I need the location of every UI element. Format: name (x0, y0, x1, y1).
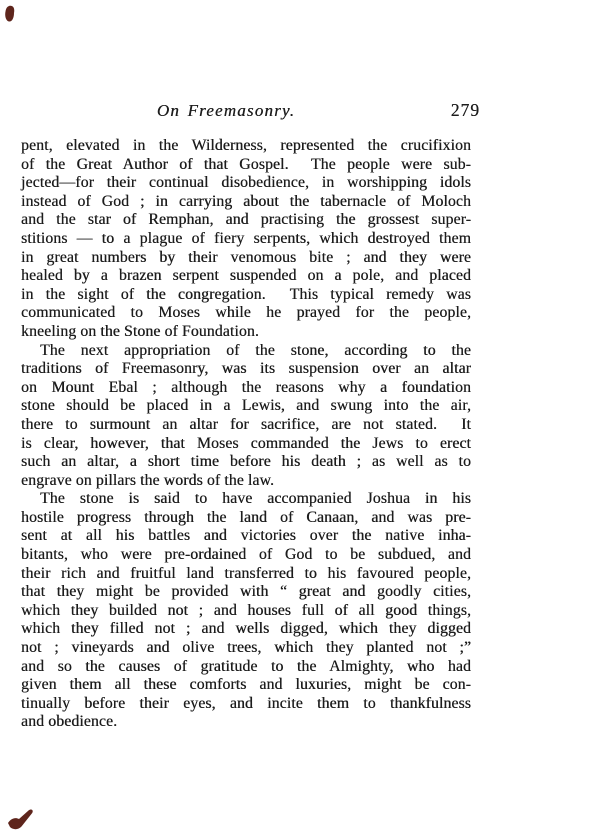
text-line: in great numbers by their venomous bite … (21, 249, 471, 268)
ink-mark-bottom-left-icon (7, 808, 35, 831)
text-line: their rich and fruitful land transferred… (21, 565, 471, 584)
text-line: stitions — to a plague of fiery serpents… (21, 230, 471, 249)
text-line: is clear, however, that Moses commanded … (21, 435, 471, 454)
ink-mark-top-left-icon (4, 5, 18, 23)
text-line: which they builded not ; and houses full… (21, 602, 471, 621)
text-block: pent, elevated in the Wilderness, repres… (21, 137, 471, 732)
text-line: given them all these comforts and luxuri… (21, 676, 471, 695)
text-line: in the sight of the congregation. This t… (21, 286, 471, 305)
page-number: 279 (451, 100, 480, 121)
text-line: instead of God ; in carrying about the t… (21, 193, 471, 212)
text-line: that they might be provided with “ great… (21, 583, 471, 602)
text-line: and the star of Remphan, and practising … (21, 211, 471, 230)
text-line: such an altar, a short time before his d… (21, 453, 471, 472)
book-page: On Freemasonry. 279 pent, elevated in th… (0, 0, 593, 840)
text-line: not ; vineyards and olive trees, which t… (21, 639, 471, 658)
text-line: kneeling on the Stone of Foundation. (21, 323, 471, 342)
text-line: of the Great Author of that Gospel. The … (21, 156, 471, 175)
text-line: which they filled not ; and wells digged… (21, 620, 471, 639)
text-line: healed by a brazen serpent suspended on … (21, 267, 471, 286)
text-line: tinually before their eyes, and incite t… (21, 695, 471, 714)
text-line: jected—for their continual disobedience,… (21, 174, 471, 193)
text-line: traditions of Freemasonry, was its suspe… (21, 360, 471, 379)
running-head-title: On Freemasonry. (21, 101, 431, 121)
text-line: and so the causes of gratitude to the Al… (21, 658, 471, 677)
text-line: there to surmount an altar for sacrifice… (21, 416, 471, 435)
text-line: stone should be placed in a Lewis, and s… (21, 397, 471, 416)
text-line: hostile progress through the land of Can… (21, 509, 471, 528)
text-line: on Mount Ebal ; although the reasons why… (21, 379, 471, 398)
text-line: engrave on pillars the words of the law. (21, 472, 471, 491)
text-line: communicated to Moses while he prayed fo… (21, 304, 471, 323)
text-line: The next appropriation of the stone, acc… (21, 342, 471, 361)
text-line: and obedience. (21, 713, 471, 732)
text-line: bitants, who were pre-ordained of God to… (21, 546, 471, 565)
text-line: sent at all his battles and victories ov… (21, 527, 471, 546)
text-line: The stone is said to have accompanied Jo… (21, 490, 471, 509)
text-line: pent, elevated in the Wilderness, repres… (21, 137, 471, 156)
